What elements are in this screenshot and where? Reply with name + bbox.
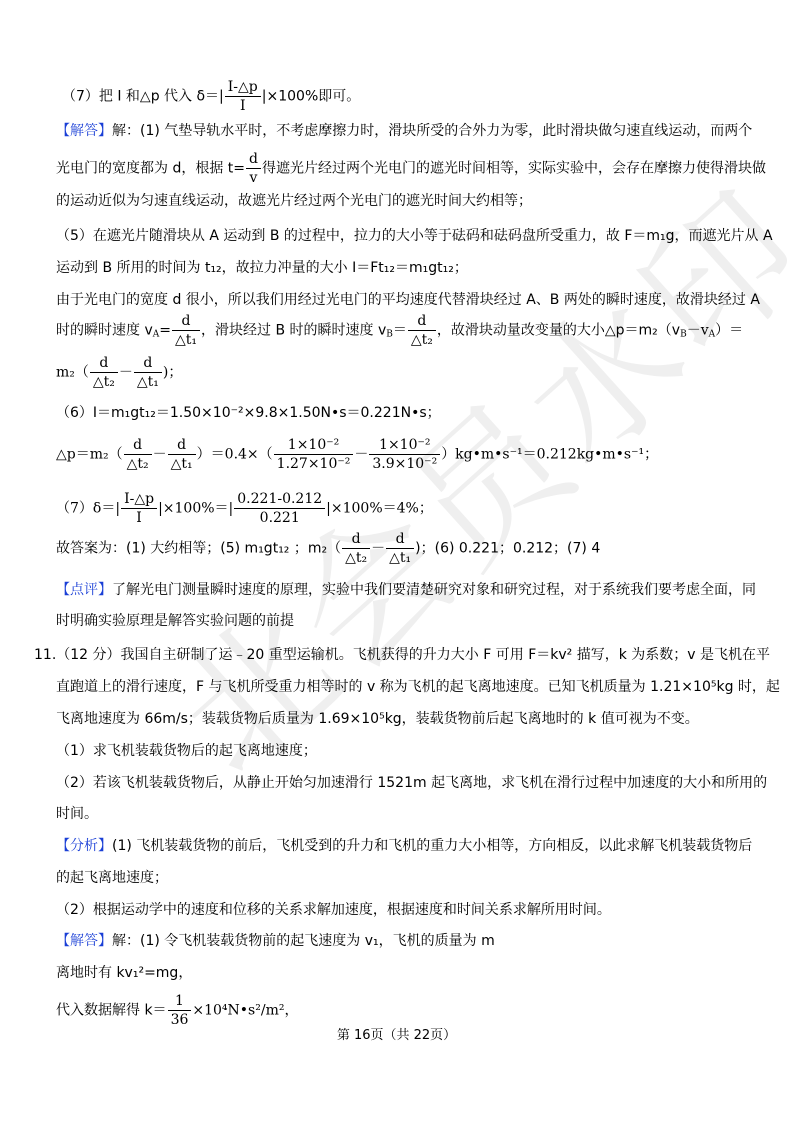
text-span: d (386, 530, 414, 549)
text-span: m₂（ (56, 365, 89, 381)
fraction: dv (246, 150, 261, 187)
text-span: 时的瞬时速度 v (56, 323, 153, 339)
text-span: －v (687, 323, 709, 339)
text-span: d (246, 150, 261, 169)
text-span: △t₁ (134, 373, 162, 391)
text-span: |×100%＝4%； (326, 501, 433, 517)
fraction: I-△pI (225, 78, 261, 115)
text-span: ）kg•m•s⁻¹＝0.212kg•m•s⁻¹； (441, 447, 658, 463)
text-span: 得遮光片经过两个光电门的遮光时间相等，实际实验中，会存在摩擦力使得滑块做 (262, 161, 766, 177)
text-span: d (408, 312, 436, 331)
solution-tag: 【解答】 (56, 933, 112, 949)
text-span: B (680, 330, 687, 340)
answer-paragraph-1: 【解答】解：(1) 气垫导轨水平时，不考虑摩擦力时，滑块所受的合外力为零，此时滑… (56, 121, 752, 141)
text-span: 0.221 (234, 509, 325, 527)
analysis-tag: 【分析】 (56, 838, 112, 854)
text-span: 了解光电门测量瞬时速度的原理，实验中我们要清楚研究对象和研究过程，对于系统我们要… (112, 582, 756, 598)
text-span: 3.9×10⁻² (369, 455, 440, 473)
part-7-line: （7）δ＝|I-△pI|×100%＝|0.221-0.2120.221|×100… (56, 490, 433, 527)
text-span: △t₂ (408, 331, 436, 349)
text-span: △t₂ (90, 373, 118, 391)
text-span: d (342, 530, 370, 549)
part-5-line-5: m₂（d△t₂－d△t₁)； (56, 354, 182, 391)
question-11-line-2: 直跑道上的滑行速度，F 与飞机所受重力相等时的 v 称为飞机的起飞离地速度。已知… (56, 677, 780, 697)
text-span: 1.27×10⁻² (274, 455, 354, 473)
question-11-sub-1: （1）求飞机装载货物后的起飞离地速度； (56, 741, 317, 761)
text-span: 0.221-0.212 (234, 490, 325, 509)
part-6-line-2: △p＝m₂（d△t₂－d△t₁）＝0.4×（1×10⁻²1.27×10⁻²－1×… (56, 436, 658, 473)
text-span: 解：(1) 令飞机装载货物前的起飞速度为 v₁，飞机的质量为 m (112, 933, 495, 949)
text-span: （7）把 I 和△p 代入 δ＝| (62, 89, 224, 105)
text-span: － (153, 447, 167, 463)
final-answer-line: 故答案为：(1) 大约相等；(5) m₁gt₁₂ ；m₂（d△t₂－d△t₁)；… (56, 530, 600, 567)
part-6-line-1: （6）I＝m₁gt₁₂＝1.50×10⁻²×9.8×1.50N•s＝0.221N… (56, 403, 441, 423)
text-span: △t₂ (124, 455, 152, 473)
text-span: I-△p (121, 490, 157, 509)
solution-paragraph-2: 离地时有 kv₁²=mg， (56, 963, 192, 983)
text-span: △t₁ (172, 331, 200, 349)
part-5-line-4: 时的瞬时速度 vA=d△t₁，滑块经过 B 时的瞬时速度 vB＝d△t₂，故滑块… (56, 312, 743, 349)
text-span: △p＝m₂（ (56, 447, 123, 463)
text-span: ，滑块经过 B 时的瞬时速度 v (201, 323, 386, 339)
document-page: （7）把 I 和△p 代入 δ＝|I-△pI|×100%即可。 【解答】解：(1… (0, 0, 793, 1122)
text-span: ）＝ (715, 323, 743, 339)
text-span: 光电门的宽度都为 d，根据 t= (56, 161, 245, 177)
question-11-sub-2: （2）若该飞机装载货物后，从静止开始匀加速滑行 1521m 起飞离地，求飞机在滑… (56, 773, 767, 793)
analysis-paragraph-1: 【分析】(1) 飞机装载货物的前后，飞机受到的升力和飞机的重力大小相等，方向相反… (56, 836, 752, 856)
question-11-line-1: 11.（12 分）我国自主研制了运﹣20 重型运输机。飞机获得的升力大小 F 可… (34, 645, 770, 665)
solution-paragraph-1: 【解答】解：(1) 令飞机装载货物前的起飞速度为 v₁，飞机的质量为 m (56, 931, 495, 951)
text-span: （7）δ＝| (56, 501, 120, 517)
text-span: I (121, 509, 157, 527)
analysis-paragraph-3: （2）根据运动学中的速度和位移的关系求解加速度，根据速度和时间关系求解所用时间。 (56, 900, 611, 920)
text-span: 1×10⁻² (274, 436, 354, 455)
question-11-sub-2-cont: 时间。 (56, 804, 98, 824)
fraction: d△t₂ (124, 436, 152, 473)
text-span: 解：(1) 气垫导轨水平时，不考虑摩擦力时，滑块所受的合外力为零，此时滑块做匀速… (112, 123, 752, 139)
fraction: 1×10⁻²1.27×10⁻² (274, 436, 354, 473)
text-span: ＝ (393, 323, 407, 339)
answer-paragraph-3: 的运动近似为匀速直线运动，故遮光片经过两个光电门的遮光时间大约相等； (56, 191, 532, 211)
fraction: d△t₁ (168, 436, 196, 473)
text-span: |×100%即可。 (262, 89, 360, 105)
review-paragraph-2: 时明确实验原理是解答实验问题的前提 (56, 611, 294, 631)
text-span: 故答案为：(1) 大约相等；(5) m₁gt₁₂ ；m₂（ (56, 541, 341, 557)
answer-tag: 【解答】 (56, 123, 112, 139)
text-span: B (386, 330, 393, 340)
answer-paragraph-2: 光电门的宽度都为 d，根据 t=dv得遮光片经过两个光电门的遮光时间相等，实际实… (56, 150, 766, 187)
text-span: 1 (168, 992, 192, 1011)
part-5-line-2: 运动到 B 所用的时间为 t₁₂，故拉力冲量的大小 I＝Ft₁₂＝m₁gt₁₂； (56, 258, 468, 278)
text-span: △t₁ (168, 455, 196, 473)
text-span: ×10⁴N•s²/m²， (192, 1003, 298, 1019)
text-span: d (168, 436, 196, 455)
text-span: 1×10⁻² (369, 436, 440, 455)
text-span: 代入数据解得 k＝ (56, 1003, 167, 1019)
text-span: d (124, 436, 152, 455)
text-span: d (172, 312, 200, 331)
text-span: △t₁ (386, 549, 414, 567)
text-span: |×100%＝| (158, 501, 233, 517)
review-paragraph-1: 【点评】了解光电门测量瞬时速度的原理，实验中我们要清楚研究对象和研究过程，对于系… (56, 580, 756, 600)
part-5-line-1: （5）在遮光片随滑块从 A 运动到 B 的过程中，拉力的大小等于砝码和砝码盘所受… (56, 226, 773, 246)
text-span: － (371, 541, 385, 557)
review-tag: 【点评】 (56, 582, 112, 598)
part-5-line-3: 由于光电门的宽度 d 很小，所以我们用经过光电门的平均速度代替滑块经过 A、B … (56, 290, 760, 310)
text-span: △t₂ (342, 549, 370, 567)
text-span: ）＝0.4×（ (197, 447, 273, 463)
analysis-paragraph-2: 的起飞离地速度； (56, 868, 168, 888)
text-span: = (159, 323, 171, 339)
text-span: d (134, 354, 162, 373)
fraction: d△t₂ (342, 530, 370, 567)
text-span: － (119, 365, 133, 381)
step-7-instruction: （7）把 I 和△p 代入 δ＝|I-△pI|×100%即可。 (62, 78, 360, 115)
text-span: d (90, 354, 118, 373)
fraction: d△t₁ (134, 354, 162, 391)
fraction: d△t₁ (386, 530, 414, 567)
fraction: 1×10⁻²3.9×10⁻² (369, 436, 440, 473)
fraction: d△t₂ (408, 312, 436, 349)
text-span: )；(6) 0.221；0.212；(7) 4 (415, 541, 600, 557)
fraction: I-△pI (121, 490, 157, 527)
question-11-line-3: 飞离地速度为 66m/s；装载货物后质量为 1.69×10⁵kg，装载货物前后起… (56, 709, 699, 729)
text-span: I (225, 97, 261, 115)
fraction: d△t₂ (90, 354, 118, 391)
text-span: v (246, 169, 261, 187)
text-span: (1) 飞机装载货物的前后，飞机受到的升力和飞机的重力大小相等，方向相反，以此求… (112, 838, 752, 854)
text-span: I-△p (225, 78, 261, 97)
text-span: ，故滑块动量改变量的大小△p＝m₂（v (437, 323, 680, 339)
fraction: 0.221-0.2120.221 (234, 490, 325, 527)
fraction: d△t₁ (172, 312, 200, 349)
page-number-footer: 第 16页（共 22页） (0, 1024, 793, 1043)
text-span: )； (163, 365, 182, 381)
text-span: － (354, 447, 368, 463)
